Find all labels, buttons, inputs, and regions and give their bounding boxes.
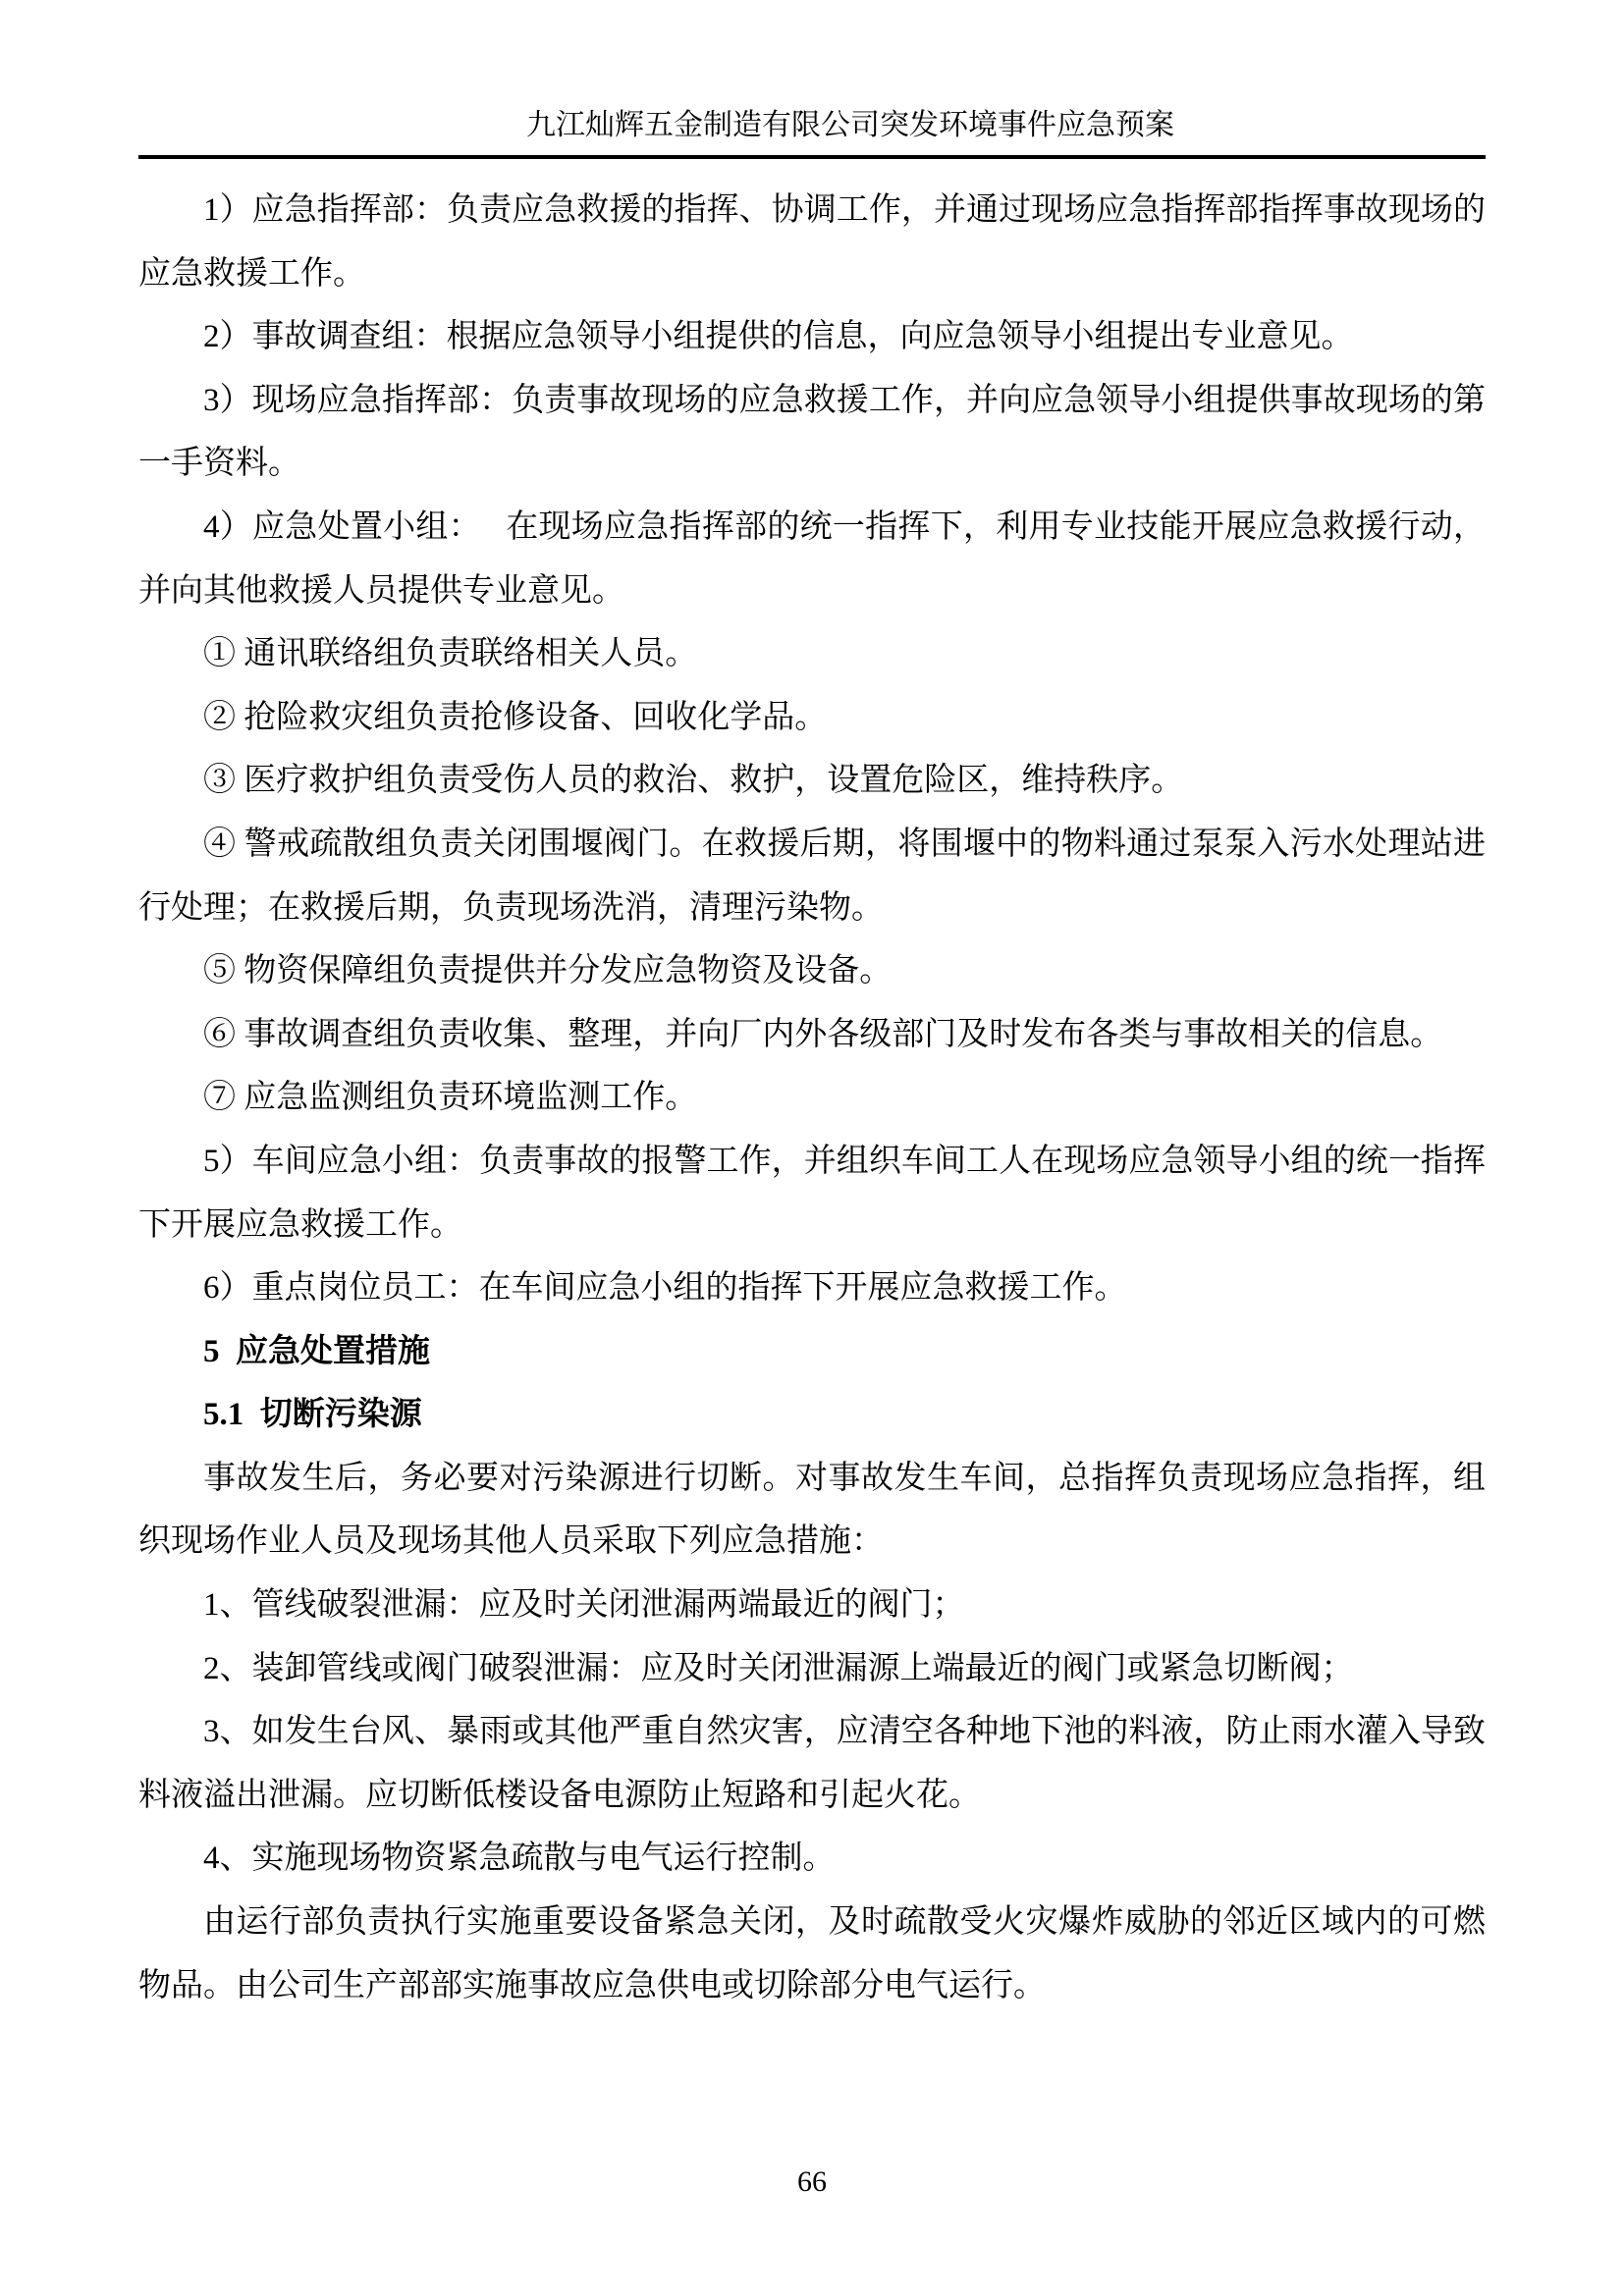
page-number: 66 <box>797 2165 827 2198</box>
list-item-circled-7: ⑦ 应急监测组负责环境监测工作。 <box>138 1066 1486 1130</box>
page-header: 九江灿辉五金制造有限公司突发环境事件应急预案 <box>138 0 1486 159</box>
list-item-4: 4、实施现场物资紧急疏散与电气运行控制。 <box>138 1827 1486 1891</box>
list-item-circled-6: ⑥ 事故调查组负责收集、整理，并向厂内外各级部门及时发布各类与事故相关的信息。 <box>138 1003 1486 1067</box>
document-page: 九江灿辉五金制造有限公司突发环境事件应急预案 1）应急指挥部：负责应急救援的指挥… <box>0 0 1624 2296</box>
paragraph: 6）重点岗位员工：在车间应急小组的指挥下开展应急救援工作。 <box>138 1256 1486 1320</box>
list-item-circled-3: ③ 医疗救护组负责受伤人员的救治、救护，设置危险区，维持秩序。 <box>138 749 1486 813</box>
list-item-1: 1、管线破裂泄漏：应及时关闭泄漏两端最近的阀门； <box>138 1574 1486 1637</box>
document-body: 1）应急指挥部：负责应急救援的指挥、协调工作，并通过现场应急指挥部指挥事故现场的… <box>138 179 1486 2017</box>
paragraph: 3）现场应急指挥部：负责事故现场的应急救援工作，并向应急领导小组提供事故现场的第… <box>138 369 1486 496</box>
subsection-heading: 5.1 切断污染源 <box>138 1383 1486 1447</box>
paragraph: 4）应急处置小组： 在现场应急指挥部的统一指挥下，利用专业技能开展应急救援行动，… <box>138 496 1486 622</box>
section-heading: 5 应急处置措施 <box>138 1320 1486 1384</box>
list-item-circled-5: ⑤ 物资保障组负责提供并分发应急物资及设备。 <box>138 939 1486 1003</box>
list-item-circled-1: ① 通讯联络组负责联络相关人员。 <box>138 622 1486 686</box>
paragraph: 事故发生后，务必要对污染源进行切断。对事故发生车间，总指挥负责现场应急指挥，组织… <box>138 1447 1486 1574</box>
list-item-circled-2: ② 抢险救灾组负责抢修设备、回收化学品。 <box>138 686 1486 750</box>
list-item-3: 3、如发生台风、暴雨或其他严重自然灾害，应清空各种地下池的料液，防止雨水灌入导致… <box>138 1700 1486 1827</box>
header-title: 九江灿辉五金制造有限公司突发环境事件应急预案 <box>138 0 1486 143</box>
paragraph: 5）车间应急小组：负责事故的报警工作，并组织车间工人在现场应急领导小组的统一指挥… <box>138 1130 1486 1256</box>
header-rule <box>138 155 1486 159</box>
paragraph: 2）事故调查组：根据应急领导小组提供的信息，向应急领导小组提出专业意见。 <box>138 305 1486 369</box>
list-item-2: 2、装卸管线或阀门破裂泄漏：应及时关闭泄漏源上端最近的阀门或紧急切断阀； <box>138 1637 1486 1701</box>
list-item-circled-4: ④ 警戒疏散组负责关闭围堰阀门。在救援后期，将围堰中的物料通过泵泵入污水处理站进… <box>138 813 1486 939</box>
page-footer: 66 <box>0 2165 1624 2199</box>
paragraph: 1）应急指挥部：负责应急救援的指挥、协调工作，并通过现场应急指挥部指挥事故现场的… <box>138 179 1486 305</box>
paragraph: 由运行部负责执行实施重要设备紧急关闭，及时疏散受火灾爆炸威胁的邻近区域内的可燃物… <box>138 1891 1486 2017</box>
